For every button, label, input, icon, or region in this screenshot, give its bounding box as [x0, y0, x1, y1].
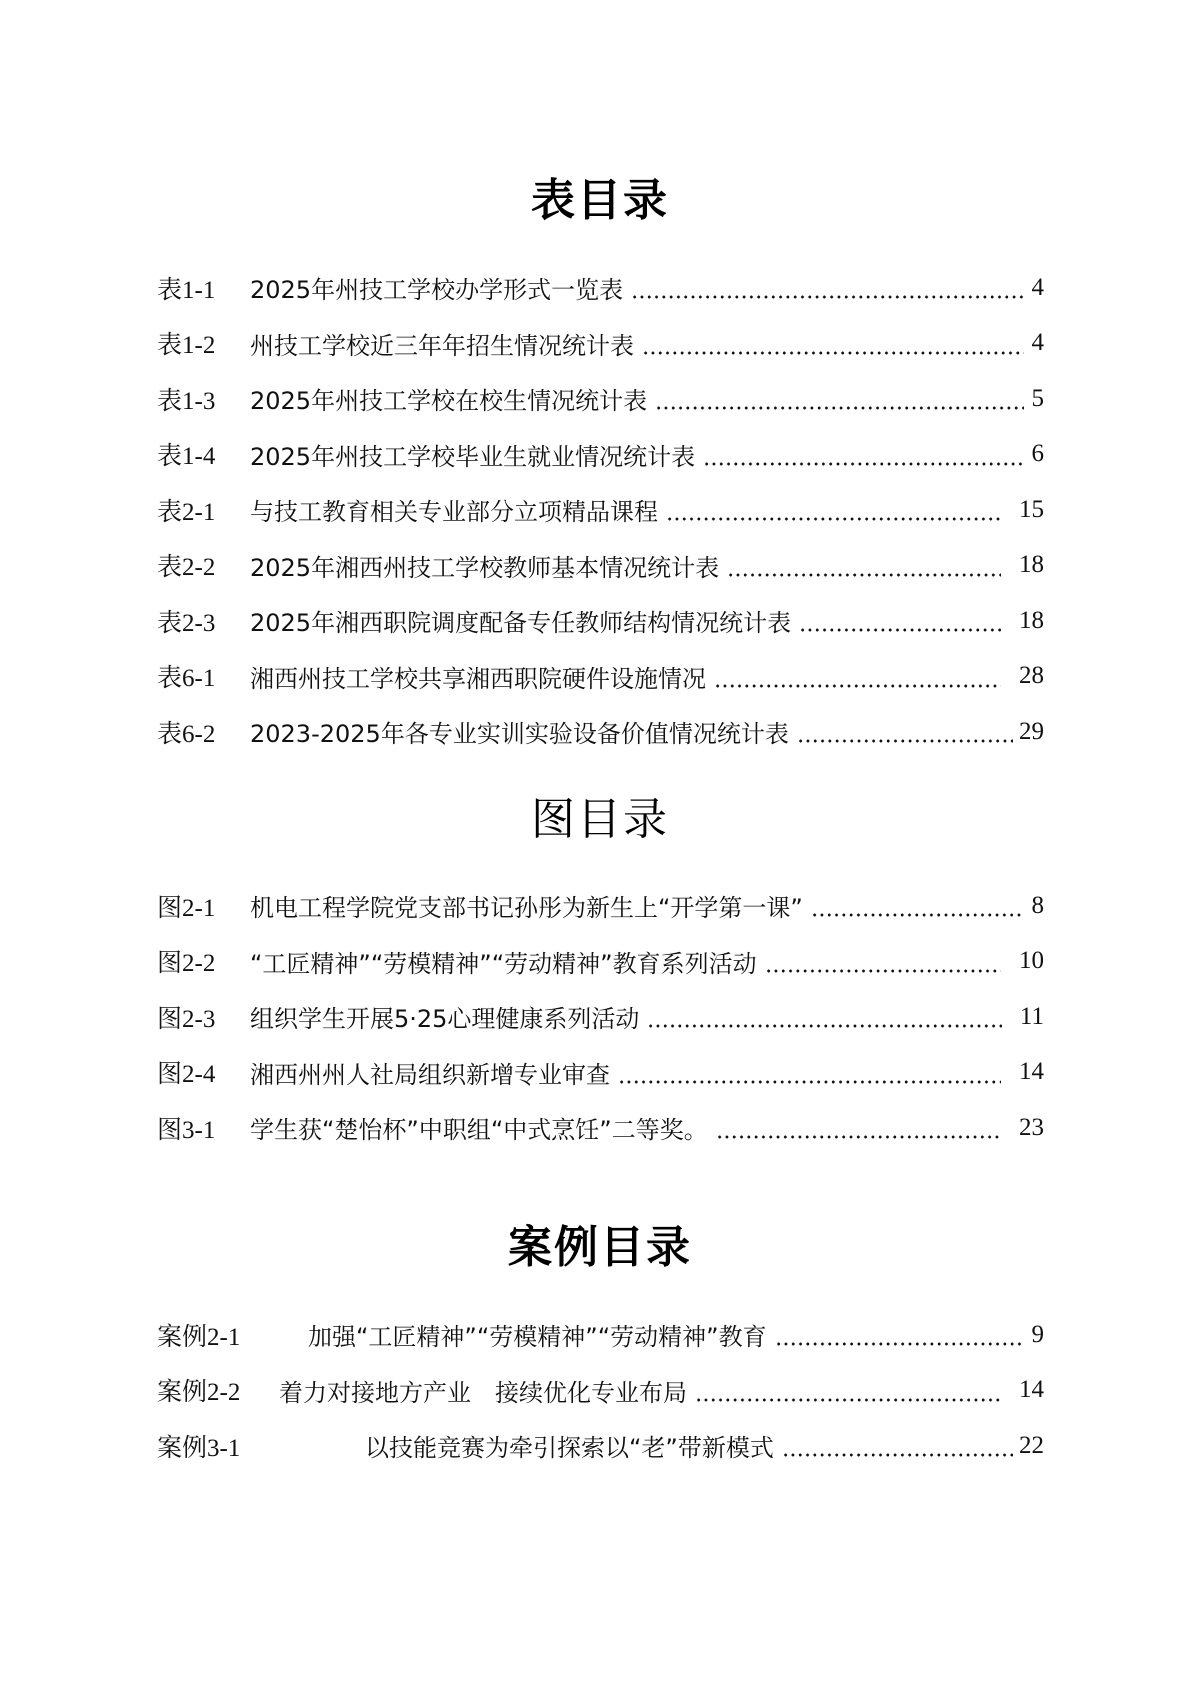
toc-entry-page: 8: [1030, 892, 1044, 920]
dot-leader: [642, 331, 1024, 356]
toc-entry-title: 2025年州技工学校在校生情况统计表: [250, 381, 655, 416]
toc-entry-title: 学生获“楚怡杯”中职组“中式烹饪”二等奖。: [250, 1110, 716, 1145]
toc-entry-page: 15: [1007, 496, 1044, 524]
dot-leader: [782, 1433, 1013, 1458]
toc-entry-figure-2-4[interactable]: 图2-4 湘西州州人社局组织新增专业审查 14: [157, 1045, 1044, 1101]
toc-entry-title: 着力对接地方产业 接续优化专业布局: [279, 1373, 695, 1408]
dot-leader: [666, 497, 1001, 522]
figures-toc-list: 图2-1 机电工程学院党支部书记孙彤为新生上“开学第一课” 8 图2-2 “工匠…: [157, 878, 1044, 1156]
toc-entry-title: 2025年湘西职院调度配备专任教师结构情况统计表: [250, 603, 799, 638]
dot-leader: [799, 608, 1001, 633]
toc-entry-case-3-1[interactable]: 案例3-1 以技能竞赛为牵引探索以“老”带新模式 22: [157, 1418, 1044, 1474]
cases-toc-list: 案例2-1 加强“工匠精神”“劳模精神”“劳动精神”教育 9 案例2-2 着力对…: [157, 1307, 1044, 1474]
dot-leader: [631, 275, 1024, 300]
dot-leader: [695, 1378, 1001, 1403]
dot-leader: [714, 664, 1001, 689]
toc-entry-title: 2025年州技工学校办学形式一览表: [250, 270, 631, 305]
dot-leader: [765, 949, 1001, 974]
toc-entry-table-1-3[interactable]: 表1-3 2025年州技工学校在校生情况统计表 5: [157, 371, 1044, 427]
toc-entry-label: 表2-1: [157, 492, 250, 528]
toc-entry-label: 表1-1: [157, 270, 250, 306]
toc-entry-title: 2023-2025年各专业实训实验设备价值情况统计表: [250, 714, 797, 749]
dot-leader: [727, 553, 1001, 578]
toc-entry-table-2-3[interactable]: 表2-3 2025年湘西职院调度配备专任教师结构情况统计表 18: [157, 593, 1044, 649]
dot-leader: [775, 1322, 1024, 1347]
dot-leader: [716, 1115, 1001, 1140]
toc-entry-label: 表2-2: [157, 547, 250, 583]
toc-entry-case-2-2[interactable]: 案例2-2 着力对接地方产业 接续优化专业布局 14: [157, 1363, 1044, 1419]
toc-entry-label: 表6-2: [157, 714, 250, 750]
toc-entry-label: 表1-4: [157, 436, 250, 472]
toc-entry-table-2-1[interactable]: 表2-1 与技工教育相关专业部分立项精品课程 15: [157, 482, 1044, 538]
cases-section-title: 案例目录: [0, 1223, 1200, 1273]
figures-section-title: 图目录: [0, 795, 1200, 845]
toc-entry-page: 22: [1019, 1432, 1044, 1460]
toc-entry-label: 图2-3: [157, 999, 250, 1035]
toc-entry-label: 表1-3: [157, 381, 250, 417]
toc-entry-figure-2-3[interactable]: 图2-3 组织学生开展5·25心理健康系列活动 11: [157, 989, 1044, 1045]
toc-entry-label: 图2-2: [157, 943, 250, 979]
toc-entry-title: “工匠精神”“劳模精神”“劳动精神”教育系列活动: [250, 944, 765, 979]
toc-entry-label: 图3-1: [157, 1110, 250, 1146]
toc-entry-figure-2-2[interactable]: 图2-2 “工匠精神”“劳模精神”“劳动精神”教育系列活动 10: [157, 934, 1044, 990]
toc-entry-page: 29: [1019, 718, 1044, 746]
toc-entry-title: 2025年湘西州技工学校教师基本情况统计表: [250, 548, 727, 583]
dot-leader: [797, 719, 1013, 744]
toc-entry-label: 表2-3: [157, 603, 250, 639]
toc-entry-page: 4: [1030, 274, 1044, 302]
toc-entry-title: 加强“工匠精神”“劳模精神”“劳动精神”教育: [308, 1317, 775, 1352]
toc-entry-table-1-4[interactable]: 表1-4 2025年州技工学校毕业生就业情况统计表 6: [157, 427, 1044, 483]
toc-entry-title: 州技工学校近三年年招生情况统计表: [250, 326, 642, 361]
toc-entry-page: 5: [1030, 385, 1044, 413]
dot-leader: [647, 1004, 1001, 1029]
toc-entry-page: 23: [1007, 1114, 1044, 1142]
dot-leader: [811, 893, 1024, 918]
toc-entry-title: 组织学生开展5·25心理健康系列活动: [250, 999, 647, 1034]
toc-entry-page: 14: [1007, 1058, 1044, 1086]
toc-entry-page: 14: [1007, 1376, 1044, 1404]
toc-entry-title: 2025年州技工学校毕业生就业情况统计表: [250, 437, 703, 472]
toc-entry-page: 11: [1008, 1003, 1044, 1031]
toc-entry-title: 机电工程学院党支部书记孙彤为新生上“开学第一课”: [250, 888, 811, 923]
toc-entry-page: 28: [1007, 662, 1044, 690]
toc-entry-table-1-2[interactable]: 表1-2 州技工学校近三年年招生情况统计表 4: [157, 316, 1044, 372]
toc-entry-label: 图2-1: [157, 888, 250, 924]
toc-entry-page: 18: [1007, 607, 1044, 635]
dot-leader: [618, 1060, 1001, 1085]
toc-entry-page: 4: [1030, 329, 1044, 357]
toc-entry-label: 表6-1: [157, 658, 250, 694]
toc-entry-title: 湘西州技工学校共享湘西职院硬件设施情况: [250, 659, 714, 694]
toc-entry-label: 表1-2: [157, 325, 250, 361]
document-page: 表目录 表1-1 2025年州技工学校办学形式一览表 4 表1-2 州技工学校近…: [0, 0, 1200, 1698]
tables-section-title: 表目录: [0, 176, 1200, 226]
toc-entry-page: 9: [1030, 1321, 1044, 1349]
toc-entry-title: 与技工教育相关专业部分立项精品课程: [250, 492, 666, 527]
toc-entry-label: 案例2-2: [157, 1372, 279, 1408]
toc-entry-table-6-1[interactable]: 表6-1 湘西州技工学校共享湘西职院硬件设施情况 28: [157, 649, 1044, 705]
toc-entry-label: 图2-4: [157, 1054, 250, 1090]
toc-entry-table-6-2[interactable]: 表6-2 2023-2025年各专业实训实验设备价值情况统计表 29: [157, 704, 1044, 760]
toc-entry-figure-3-1[interactable]: 图3-1 学生获“楚怡杯”中职组“中式烹饪”二等奖。 23: [157, 1100, 1044, 1156]
toc-entry-title: 以技能竞赛为牵引探索以“老”带新模式: [365, 1428, 782, 1463]
toc-entry-table-2-2[interactable]: 表2-2 2025年湘西州技工学校教师基本情况统计表 18: [157, 538, 1044, 594]
dot-leader: [655, 386, 1024, 411]
toc-entry-table-1-1[interactable]: 表1-1 2025年州技工学校办学形式一览表 4: [157, 260, 1044, 316]
toc-entry-label: 案例3-1: [157, 1428, 365, 1464]
toc-entry-case-2-1[interactable]: 案例2-1 加强“工匠精神”“劳模精神”“劳动精神”教育 9: [157, 1307, 1044, 1363]
toc-entry-page: 18: [1007, 551, 1044, 579]
toc-entry-page: 10: [1007, 947, 1044, 975]
tables-toc-list: 表1-1 2025年州技工学校办学形式一览表 4 表1-2 州技工学校近三年年招…: [157, 260, 1044, 760]
toc-entry-label: 案例2-1: [157, 1317, 308, 1353]
toc-entry-page: 6: [1030, 440, 1044, 468]
toc-entry-title: 湘西州州人社局组织新增专业审查: [250, 1055, 618, 1090]
toc-entry-figure-2-1[interactable]: 图2-1 机电工程学院党支部书记孙彤为新生上“开学第一课” 8: [157, 878, 1044, 934]
dot-leader: [703, 442, 1024, 467]
